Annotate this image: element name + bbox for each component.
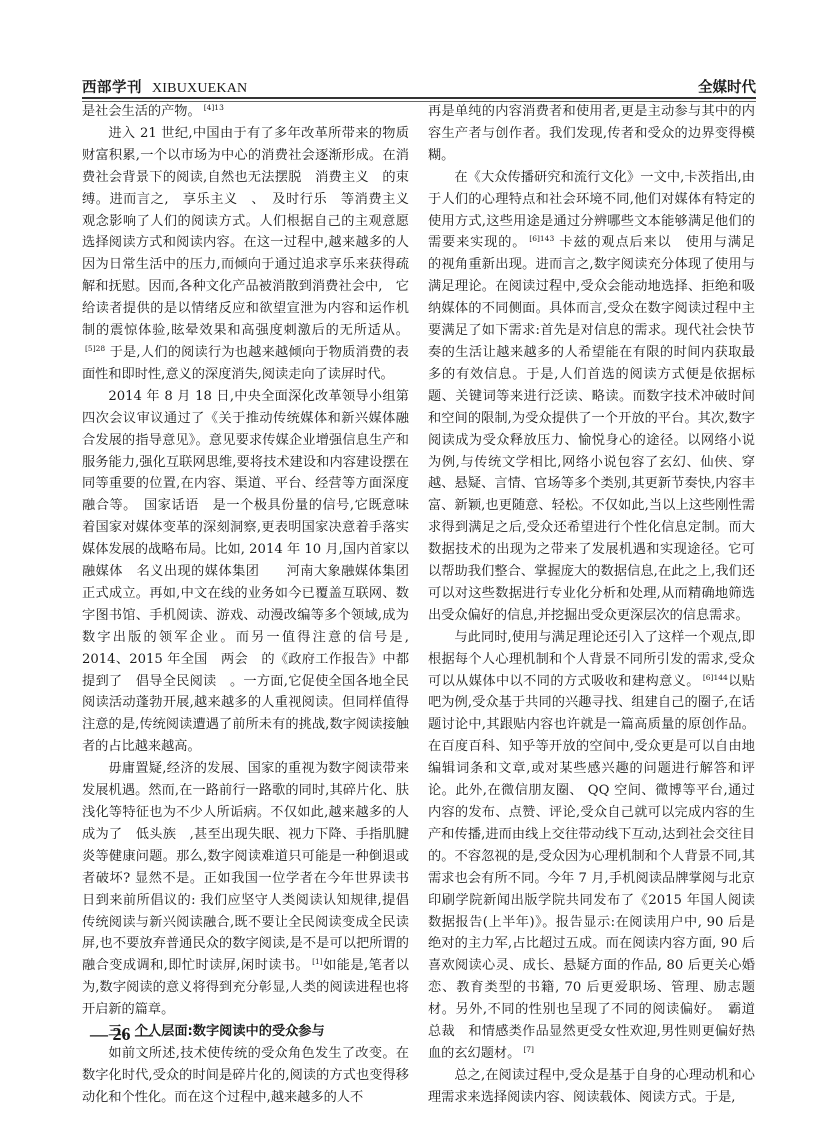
section-title: 全媒时代 [698, 76, 756, 97]
citation: [5]28 [85, 344, 105, 353]
citation: [6]143 [529, 234, 554, 243]
paragraph-text: 是社会生活的产物。 [82, 104, 201, 119]
paragraph-text: 2014 年 8 月 18 日,中央全面深化改革领导小组第四次会议审议通过了《关… [82, 389, 422, 755]
paragraph-text: 卡兹的观点后来以 使用与满足 的视角重新出现。进而言之,数字阅读充分体现了使用与… [428, 235, 768, 622]
paragraph: 进入 21 世纪,中国由于有了多年改革所带来的物质财富积累,一个以市场为中心的消… [82, 123, 409, 386]
paragraph-text: 于是,人们的阅读行为也越来越倾向于物质消费的表面性和即时性,意义的深度消失,阅读… [82, 345, 409, 382]
page-number: — 26 — [90, 1024, 153, 1045]
paragraph: 与此同时,使用与满足理论还引入了这样一个观点,即根据每个人心理机制和个人背景不同… [428, 627, 755, 1065]
paragraph-text: 进入 21 世纪,中国由于有了多年改革所带来的物质财富积累,一个以市场为中心的消… [82, 126, 409, 338]
paragraph-text: 总之,在阅读过程中,受众是基于自身的心理动机和心理需求来选择阅读内容、阅读载体、… [428, 1068, 755, 1105]
citation: [4]13 [204, 103, 224, 112]
journal-title-en: XIBUXUEKAN [152, 81, 247, 96]
running-header: 西部学刊XIBUXUEKAN 全媒时代 [82, 76, 756, 98]
paragraph-text: 如前文所述,技术使传统的受众角色发生了改变。在数字化时代,受众的时间是碎片化的,… [82, 1046, 409, 1105]
paragraph: 再是单纯的内容消费者和使用者,更是主动参与其中的内容生产者与创作者。我们发现,传… [428, 101, 755, 167]
journal-title-cn: 西部学刊 [82, 80, 142, 96]
paragraph: 如前文所述,技术使传统的受众角色发生了改变。在数字化时代,受众的时间是碎片化的,… [82, 1043, 409, 1109]
paragraph-text: 以贴吧为例,受众基于共同的兴趣寻找、组建自己的圈子,在话题讨论中,其跟贴内容也许… [428, 674, 755, 1061]
paragraph: 总之,在阅读过程中,受众是基于自身的心理动机和心理需求来选择阅读内容、阅读载体、… [428, 1065, 755, 1109]
paragraph: 2014 年 8 月 18 日,中央全面深化改革领导小组第四次会议审议通过了《关… [82, 386, 409, 758]
journal-title: 西部学刊XIBUXUEKAN [82, 76, 247, 97]
header-rule-thick [82, 97, 756, 99]
citation: [1] [312, 957, 323, 966]
left-column: 是社会生活的产物。[4]13 进入 21 世纪,中国由于有了多年改革所带来的物质… [82, 101, 409, 1109]
right-column: 再是单纯的内容消费者和使用者,更是主动参与其中的内容生产者与创作者。我们发现,传… [428, 101, 755, 1109]
paragraph-text: 毋庸置疑,经济的发展、国家的重视为数字阅读带来发展机遇。然而,在一路前行一路歌的… [82, 761, 409, 973]
paragraph: 毋庸置疑,经济的发展、国家的重视为数字阅读带来发展机遇。然而,在一路前行一路歌的… [82, 758, 409, 1021]
paragraph-text: 再是单纯的内容消费者和使用者,更是主动参与其中的内容生产者与创作者。我们发现,传… [428, 104, 755, 163]
paragraph: 在《大众传播研究和流行文化》一文中,卡茨指出,由于人们的心理特点和社会环境不同,… [428, 167, 755, 627]
citation: [7] [523, 1045, 534, 1054]
paragraph: 是社会生活的产物。[4]13 [82, 101, 409, 123]
citation: [6]144 [703, 673, 728, 682]
